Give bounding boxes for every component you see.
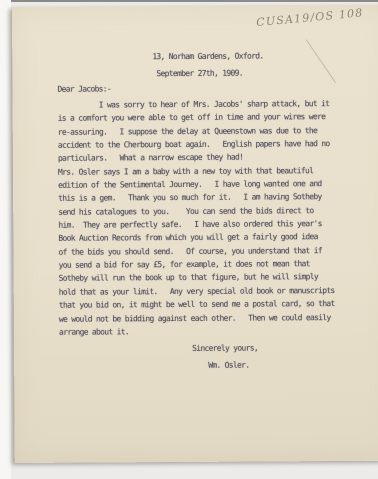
body-line: arrange about it. — [59, 324, 378, 339]
scan-top-edge — [0, 0, 378, 2]
letterhead-block: 13, Norham Gardens, Oxford. September 27… — [152, 51, 263, 78]
scanned-letter-page: CUSA19/OS 108 13, Norham Gardens, Oxford… — [0, 0, 378, 479]
paper-crease — [306, 39, 336, 82]
body-line: that you bid on, it might be well to sen… — [59, 297, 378, 312]
closing: Sincerely yours, — [192, 344, 258, 353]
letter-body: I was sorry to hear of Mrs. Jacobs' shar… — [58, 97, 378, 339]
archival-reference-annotation: CUSA19/OS 108 — [256, 6, 364, 29]
address-line: 13, Norham Gardens, Oxford. — [152, 51, 263, 61]
signature: Wm. Osler. — [208, 361, 249, 370]
date-line: September 27th, 1909. — [156, 68, 267, 78]
salutation: Dear Jacobs:- — [57, 84, 111, 93]
body-line: we would not be bidding against each oth… — [59, 310, 378, 325]
letter-paper: CUSA19/OS 108 13, Norham Gardens, Oxford… — [12, 5, 378, 463]
scan-left-margin — [0, 0, 11, 479]
